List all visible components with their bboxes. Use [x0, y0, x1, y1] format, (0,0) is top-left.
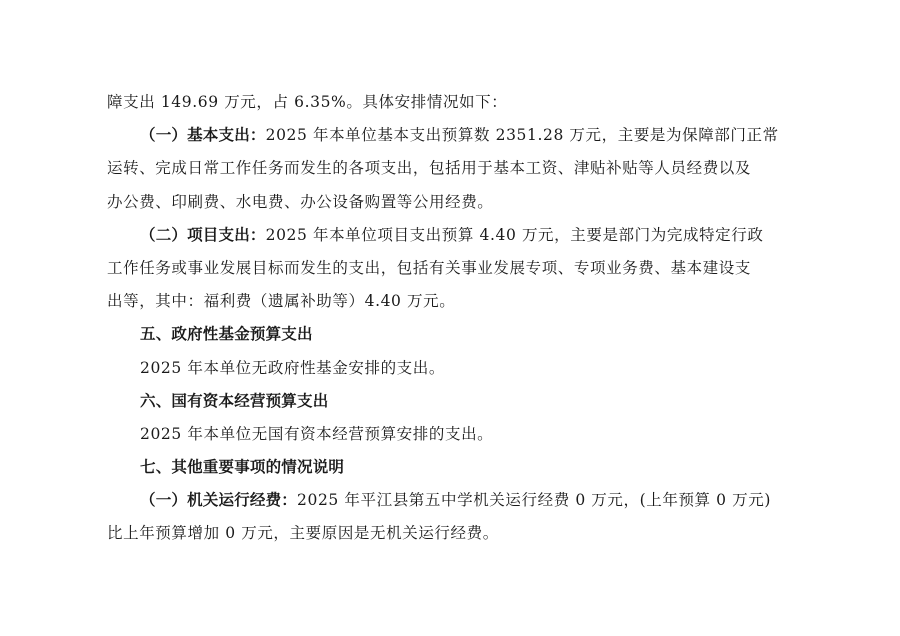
basic-expenditure-line-3: 办公费、印刷费、水电费、办公设备购置等公用经费。	[107, 186, 791, 219]
project-expenditure-line-1: （二）项目支出：2025 年本单位项目支出预算 4.40 万元，主要是部门为完成…	[107, 219, 791, 252]
basic-expenditure-line-1: （一）基本支出：2025 年本单位基本支出预算数 2351.28 万元，主要是为…	[107, 119, 791, 152]
paragraph-text: 2025 年本单位项目支出预算 4.40 万元，主要是部门为完成特定行政	[266, 226, 764, 244]
paragraph-text: 办公费、印刷费、水电费、办公设备购置等公用经费。	[107, 193, 493, 211]
section-body-state-capital: 2025 年本单位无国有资本经营预算安排的支出。	[107, 418, 791, 451]
basic-expenditure-label: （一）基本支出：	[140, 126, 266, 144]
paragraph-text: 2025 年平江县第五中学机关运行经费 0 万元，(上年预算 0 万元)	[297, 491, 771, 509]
paragraph-text: 运转、完成日常工作任务而发生的各项支出，包括用于基本工资、津贴补贴等人员经费以及	[107, 159, 751, 177]
operating-expense-label: （一）机关运行经费：	[140, 491, 297, 509]
paragraph-text: 比上年预算增加 0 万元，主要原因是无机关运行经费。	[107, 524, 499, 542]
document-page: 障支出 149.69 万元，占 6.35%。具体安排情况如下： （一）基本支出：…	[107, 86, 791, 551]
operating-expense-line-2: 比上年预算增加 0 万元，主要原因是无机关运行经费。	[107, 517, 791, 550]
project-expenditure-line-3: 出等，其中：福利费（遗属补助等）4.40 万元。	[107, 285, 791, 318]
project-expenditure-label: （二）项目支出：	[140, 226, 266, 244]
section-heading-other-matters: 七、其他重要事项的情况说明	[107, 451, 791, 484]
basic-expenditure-line-2: 运转、完成日常工作任务而发生的各项支出，包括用于基本工资、津贴补贴等人员经费以及	[107, 152, 791, 185]
section-heading-government-fund: 五、政府性基金预算支出	[107, 318, 791, 351]
section-heading-state-capital: 六、国有资本经营预算支出	[107, 385, 791, 418]
paragraph-text: 2025 年本单位基本支出预算数 2351.28 万元，主要是为保障部门正常	[266, 126, 779, 144]
paragraph-text: 障支出 149.69 万元，占 6.35%。具体安排情况如下：	[107, 93, 507, 111]
project-expenditure-line-2: 工作任务或事业发展目标而发生的支出，包括有关事业发展专项、专项业务费、基本建设支	[107, 252, 791, 285]
paragraph-text: 出等，其中：福利费（遗属补助等）4.40 万元。	[107, 292, 455, 310]
operating-expense-line-1: （一）机关运行经费：2025 年平江县第五中学机关运行经费 0 万元，(上年预算…	[107, 484, 791, 517]
paragraph-text: 工作任务或事业发展目标而发生的支出，包括有关事业发展专项、专项业务费、基本建设支	[107, 259, 751, 277]
summary-tail-line: 障支出 149.69 万元，占 6.35%。具体安排情况如下：	[107, 86, 791, 119]
section-body-government-fund: 2025 年本单位无政府性基金安排的支出。	[107, 352, 791, 385]
